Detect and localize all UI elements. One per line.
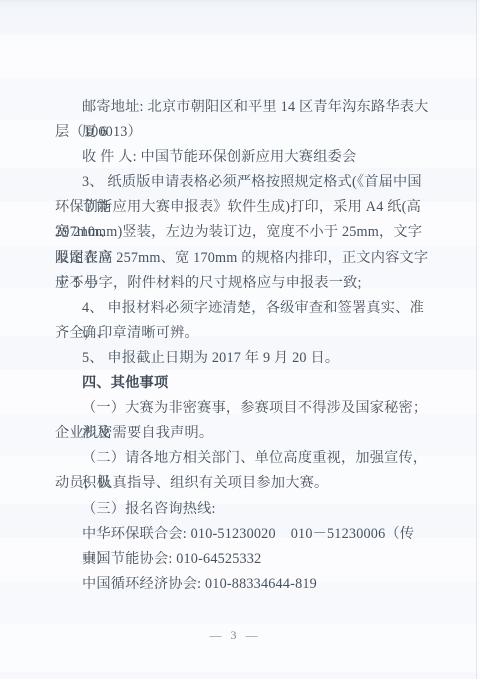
page-number: — 3 — bbox=[0, 628, 470, 643]
text-line: 4、 申报材料必须字迹清楚，各级审查和签署真实、准确、 bbox=[55, 296, 429, 321]
text-line: 3、 纸质版申请表格必须严格按照规定格式(《首届中国节能 bbox=[55, 170, 429, 195]
text-line: 收 件 人: 中国节能环保创新应用大赛组委会 bbox=[55, 145, 429, 170]
text-line: 限定在高 257mm、宽 170mm 的规格内排印，正文内容文字应不小 bbox=[55, 246, 429, 271]
text-line: 中华环保联合会: 010-51230020 010－51230006（传真） bbox=[55, 522, 429, 547]
text-line: （三）报名咨询热线: bbox=[55, 497, 429, 522]
text-line: 齐全，印章清晰可辨。 bbox=[55, 321, 429, 346]
text-line: 5、 申报截止日期为 2017 年 9 月 20 日。 bbox=[55, 346, 429, 371]
text-line: （一）大赛为非密赛事，参赛项目不得涉及国家秘密；涉及 bbox=[55, 396, 429, 421]
text-line: 中国循环经济协会: 010-88334644-819 bbox=[55, 572, 429, 597]
text-line: 环保创新应用大赛申报表》软件生成)打印，采用 A4 纸(高 297mm、 bbox=[55, 195, 429, 220]
document-body: 邮寄地址: 北京市朝阳区和平里 14 区青年沟东路华表大厦 6层（100013）… bbox=[55, 95, 429, 597]
text-line: 邮寄地址: 北京市朝阳区和平里 14 区青年沟东路华表大厦 6 bbox=[55, 95, 429, 120]
text-line: 宽 210mm)竖装，左边为装订边，宽度不小于 25mm，文字及图表应 bbox=[55, 220, 429, 245]
text-line: 动员，认真指导、组织有关项目参加大赛。 bbox=[55, 471, 429, 496]
document-page: 邮寄地址: 北京市朝阳区和平里 14 区青年沟东路华表大厦 6层（100013）… bbox=[0, 0, 480, 679]
text-line: 中国节能协会: 010-64525332 bbox=[55, 547, 429, 572]
text-line: 层（100013） bbox=[55, 120, 429, 145]
text-line: 企业机密需要自我声明。 bbox=[55, 421, 429, 446]
text-line: 于 5 号字，附件材料的尺寸规格应与申报表一致; bbox=[55, 271, 429, 296]
section-heading: 四、其他事项 bbox=[55, 371, 429, 396]
text-line: （二）请各地方相关部门、单位高度重视，加强宣传，积极 bbox=[55, 446, 429, 471]
